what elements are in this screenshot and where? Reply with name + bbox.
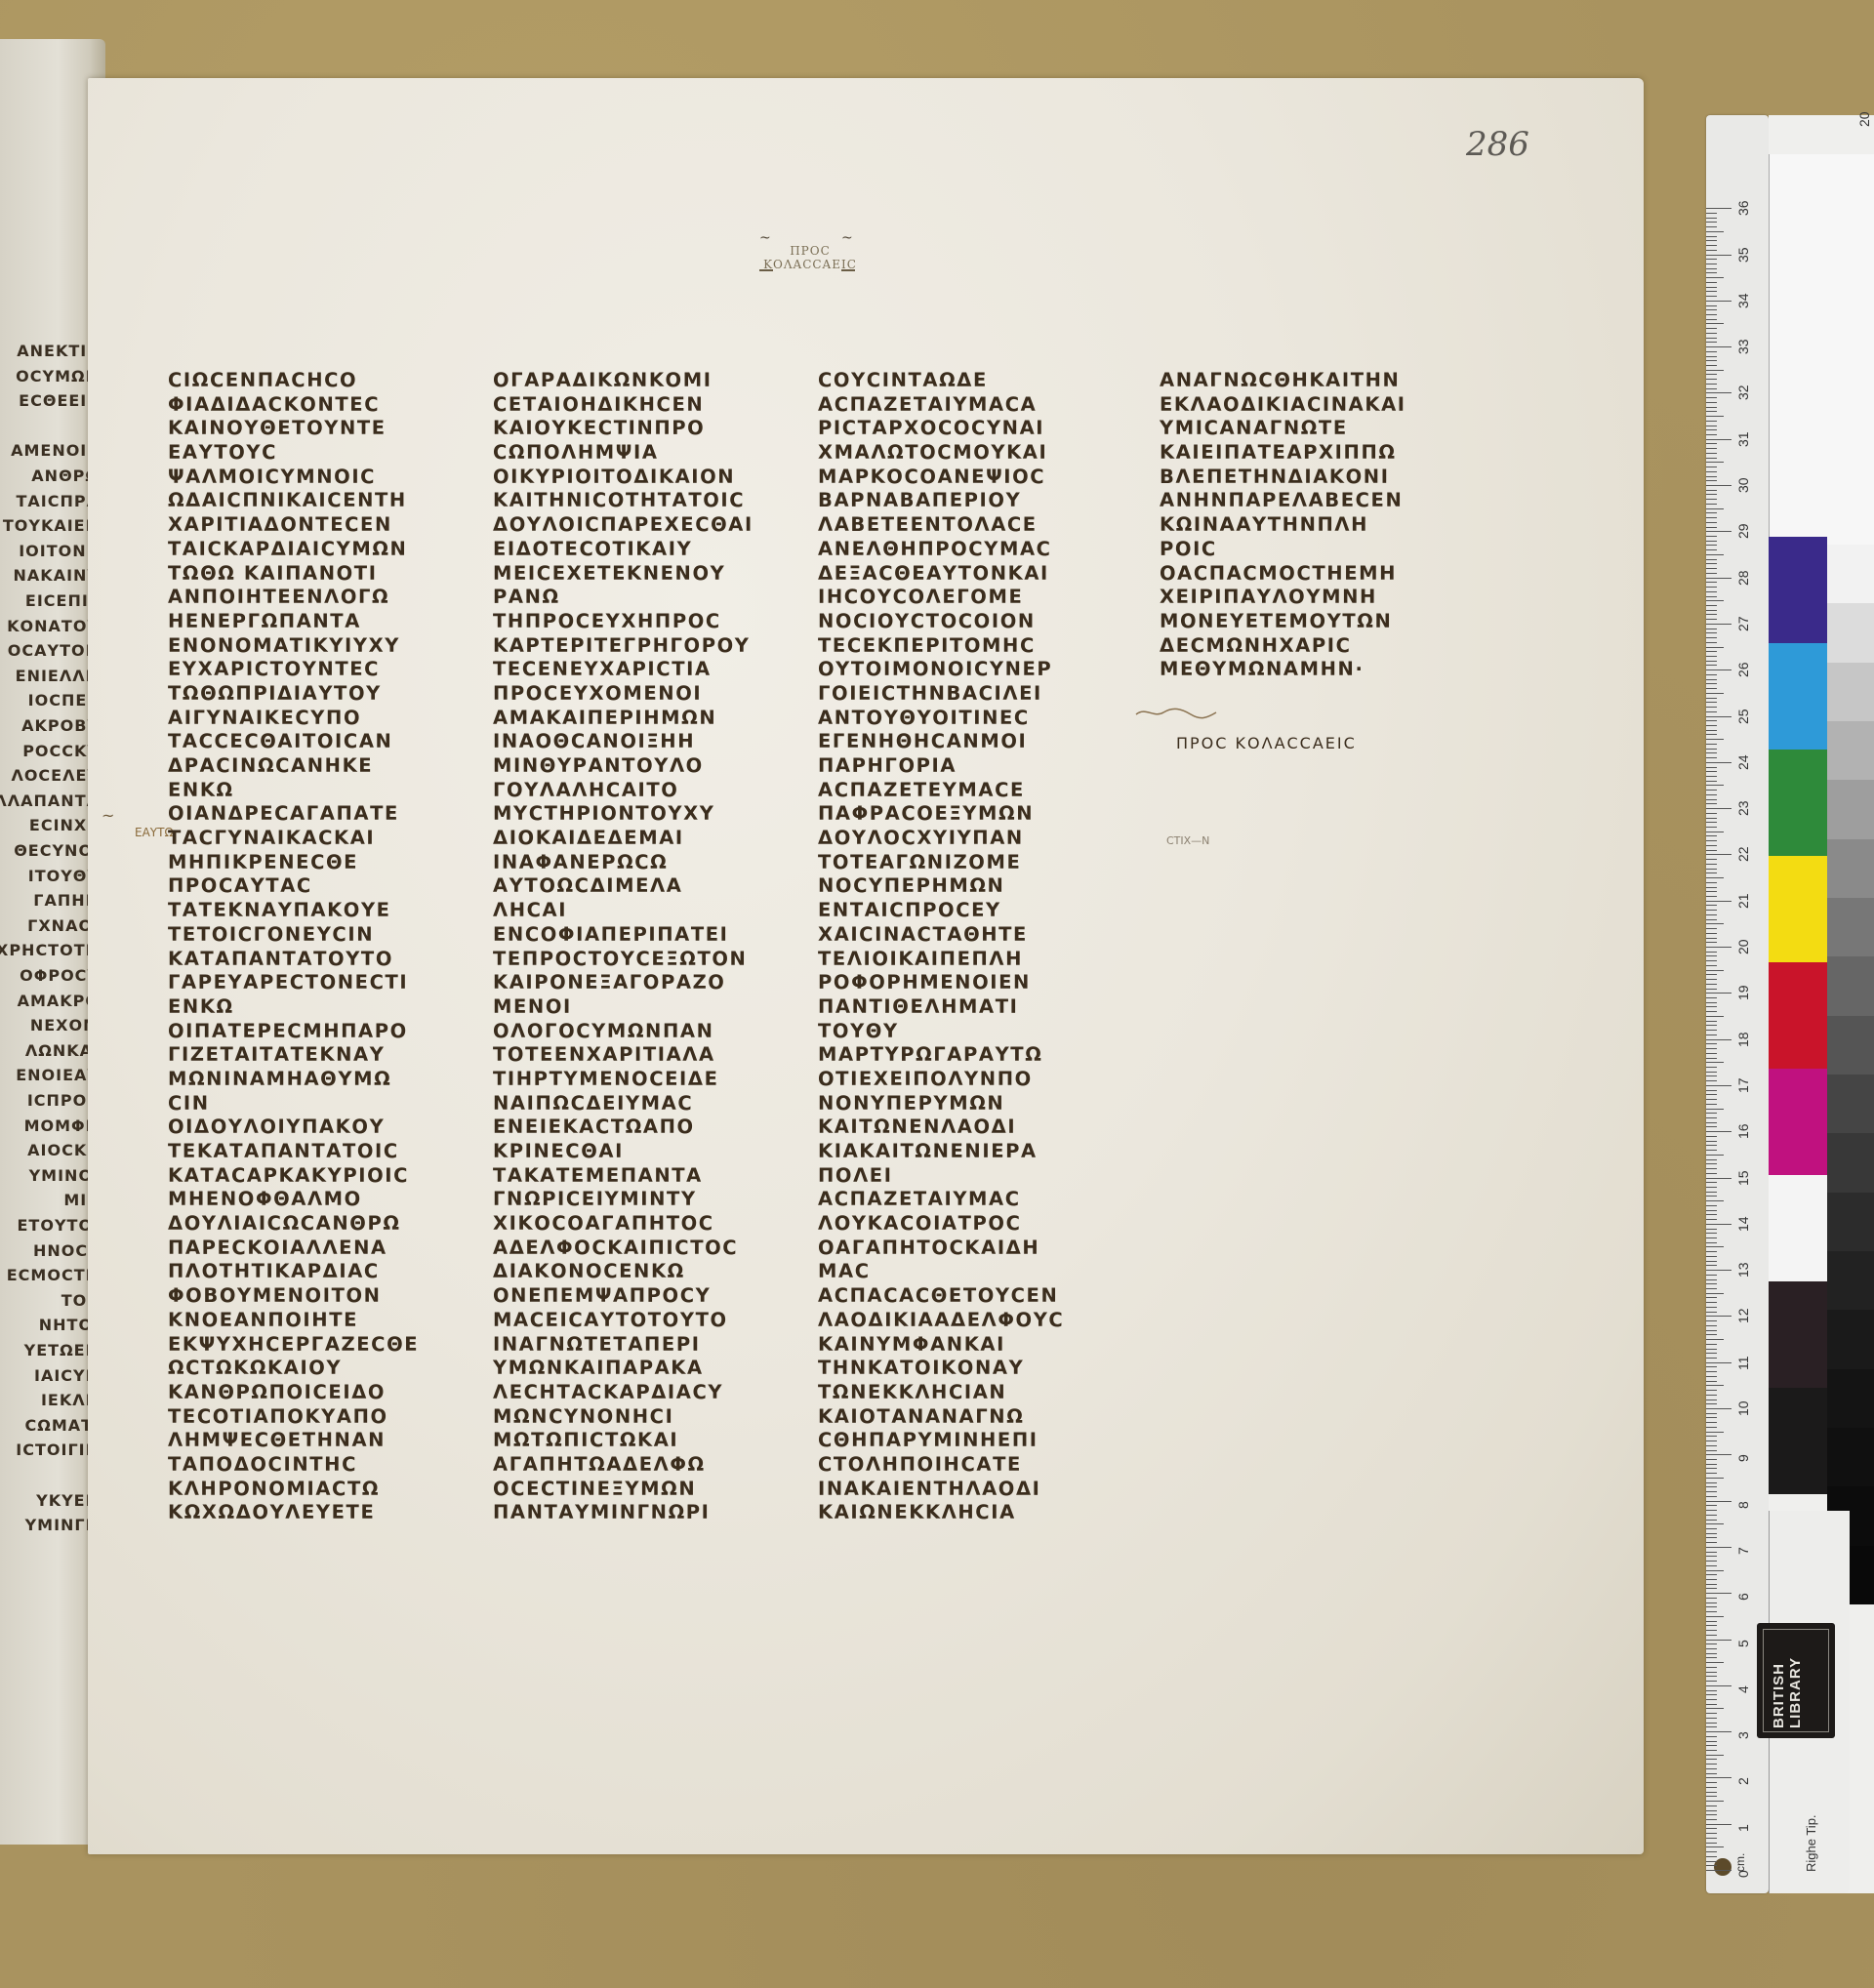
text-line: ΛΟΥΚΑϹΟΙΑΤΡΟϹ xyxy=(818,1212,1064,1237)
ruler-tick xyxy=(1706,1621,1717,1622)
ruler-number: 33 xyxy=(1735,340,1751,355)
ruler-tick xyxy=(1706,1339,1724,1340)
text-line: ΡΙϹΤΑΡΧΟϹΟϹΥΝΑΙ xyxy=(818,417,1064,441)
ruler-tick xyxy=(1706,910,1717,911)
ruler-tick xyxy=(1706,827,1717,828)
ruler-tick xyxy=(1706,711,1717,712)
text-line: ΟΑϹΠΑϹΜΟϹΤΗΕΜΗ xyxy=(1160,562,1406,587)
text-line: ΕΝΚΩ xyxy=(168,779,419,803)
ruler-tick xyxy=(1706,296,1717,297)
ruler-tick xyxy=(1706,1694,1717,1695)
ruler-tick xyxy=(1706,1713,1717,1714)
ruler-tick xyxy=(1706,1787,1717,1788)
ruler-tick xyxy=(1706,1750,1717,1751)
ruler-tick xyxy=(1706,1676,1717,1677)
text-line: ΕΝΕΙΕΚΑϹΤΩΑΠΟ xyxy=(493,1116,754,1140)
ruler-tick xyxy=(1706,1246,1724,1247)
ruler-tick xyxy=(1706,392,1731,393)
ruler-tick xyxy=(1706,845,1717,846)
ruler-tick xyxy=(1706,629,1717,629)
ruler-tick xyxy=(1706,1422,1717,1423)
ruler-tick xyxy=(1706,559,1717,560)
ruler-tick xyxy=(1706,338,1717,339)
ruler-tick xyxy=(1706,1450,1717,1451)
text-column-1: ϹΙΩϹΕΝΠΑϹΗϹΟΦΙΑΔΙΔΑϹΚΟΝΤΕϹΚΑΙΝΟΥΘΕΤΟΥΝΤΕ… xyxy=(168,369,419,1525)
ruler-tick xyxy=(1706,752,1717,753)
ruler-tick xyxy=(1706,250,1717,251)
text-line: ΦΟΒΟΥΜΕΝΟΙΤΟΝ xyxy=(168,1284,419,1309)
ruler-tick xyxy=(1706,790,1717,791)
ruler-tick xyxy=(1706,1667,1717,1668)
ruler-number: 19 xyxy=(1735,986,1751,1001)
text-line: ΕΚΛΑΟΔΙΚΙΑϹΙΝΑΚΑΙ xyxy=(1160,393,1406,418)
text-line: ΨΑΛΜΟΙϹΥΜΝΟΙϹ xyxy=(168,466,419,490)
ruler-tick xyxy=(1706,914,1717,915)
ruler-tick xyxy=(1706,1297,1717,1298)
text-line: ΜΟΝΕΥΕΤΕΜΟΥΤΩΝ xyxy=(1160,610,1406,634)
ruler-tick xyxy=(1706,1270,1731,1271)
ruler-tick xyxy=(1706,1810,1717,1811)
ruler-tick xyxy=(1706,1155,1724,1156)
text-line: ΝΟΝΥΠΕΡΥΜΩΝ xyxy=(818,1092,1064,1116)
text-line: ΟΙΑΝΔΡΕϹΑΓΑΠΑΤΕ xyxy=(168,802,419,827)
ruler-tick xyxy=(1706,923,1724,924)
ruler-tick xyxy=(1706,1168,1717,1169)
ruler-tick xyxy=(1706,794,1717,795)
ruler-tick xyxy=(1706,485,1731,486)
ruler-tick xyxy=(1706,1131,1731,1132)
ruler-tick xyxy=(1706,730,1717,731)
grayscale-step xyxy=(1827,1369,1874,1429)
ruler-tick xyxy=(1706,374,1717,375)
text-line: ΟΤΙΕΧΕΙΠΟΛΥΝΠΟ xyxy=(818,1068,1064,1092)
ruler-number: 20 xyxy=(1735,939,1751,954)
text-line: ΝΑΙΠΩϹΔΕΙΥΜΑϹ xyxy=(493,1092,754,1116)
text-line: ΟΓΑΡΑΔΙΚΩΝΚΟΜΙ xyxy=(493,369,754,393)
ruler-tick xyxy=(1706,1547,1731,1548)
ruler-tick xyxy=(1706,504,1717,505)
text-line: ϹΙΝ xyxy=(168,1092,419,1116)
text-line: ΤΩΝΕΚΚΛΗϹΙΑΝ xyxy=(818,1381,1064,1405)
grayscale-step xyxy=(1827,721,1874,781)
text-line: ΓΟΥΛΑΛΗϹΑΙΤΟ xyxy=(493,779,754,803)
prev-page-line: ΝΑΚΑΙΝΥ xyxy=(14,566,100,585)
text-line: ΤΟΥΘΥ xyxy=(818,1020,1064,1044)
ruler-tick xyxy=(1706,799,1717,800)
ruler-tick xyxy=(1706,272,1717,273)
ruler-tick xyxy=(1706,1838,1717,1839)
ruler-tick xyxy=(1706,255,1731,256)
ruler-tick xyxy=(1706,596,1717,597)
text-line: ΤΩΘΩ ΚΑΙΠΑΝΟΤΙ xyxy=(168,562,419,587)
ruler-number: 13 xyxy=(1735,1263,1751,1278)
ruler-tick xyxy=(1706,757,1717,758)
text-line: ΟΙΚΥΡΙΟΙΤΟΔΙΚΑΙΟΝ xyxy=(493,466,754,490)
ruler-tick xyxy=(1706,1163,1717,1164)
text-line: ΚΑΙΝΟΥΘΕΤΟΥΝΤΕ xyxy=(168,417,419,441)
text-line: ΕΝΤΑΙϹΠΡΟϹΕΥ xyxy=(818,899,1064,923)
grayscale-step xyxy=(1827,1428,1874,1487)
ruler-tick xyxy=(1706,808,1731,809)
ruler-tick xyxy=(1706,942,1717,943)
text-line: ΡΑΝΩ xyxy=(493,586,754,610)
ruler-tick xyxy=(1706,1731,1731,1732)
ruler-tick xyxy=(1706,1828,1717,1829)
ruler-tick xyxy=(1706,1515,1717,1516)
text-line: ΤΟΤΕΑΓΩΝΙΖΟΜΕ xyxy=(818,851,1064,875)
text-line: ΑΓΑΠΗΤΩΑΔΕΛΦΩ xyxy=(493,1453,754,1478)
ruler-tick xyxy=(1706,490,1717,491)
prev-page-line: ΑΜΕΝΟΙϹ xyxy=(11,441,100,460)
ruler-tick xyxy=(1706,1025,1717,1026)
text-line: ϹΤΟΛΗΠΟΙΗϹΑΤΕ xyxy=(818,1453,1064,1478)
ruler-tick xyxy=(1706,370,1724,371)
ruler-tick xyxy=(1706,1117,1717,1118)
grayscale-step xyxy=(1827,1075,1874,1134)
color-swatch-blue-violet xyxy=(1769,537,1827,643)
text-line: ΚΑΙΟΤΑΝΑΝΑΓΝΩ xyxy=(818,1405,1064,1430)
text-line: ΚΑΡΤΕΡΙΤΕΓΡΗΓΟΡΟΥ xyxy=(493,634,754,659)
ruler-tick xyxy=(1706,536,1717,537)
ruler-tick xyxy=(1706,259,1717,260)
ruler-tick xyxy=(1706,679,1717,680)
ruler-tick xyxy=(1706,1395,1717,1396)
text-line: ΛΑΒΕΤΕΕΝΤΟΛΑϹΕ xyxy=(818,513,1064,538)
ruler-tick xyxy=(1706,776,1717,777)
text-line: ΜΗΠΙΚΡΕΝΕϹΘΕ xyxy=(168,851,419,875)
ruler-tick xyxy=(1706,1293,1724,1294)
text-line: ΜΩΝΙΝΑΜΗΑΘΥΜΩ xyxy=(168,1068,419,1092)
text-line: ΓΙΖΕΤΑΙΤΑΤΕΚΝΑΥ xyxy=(168,1043,419,1068)
ruler-tick xyxy=(1706,600,1724,601)
text-line: ΤΕΛΙΟΙΚΑΙΠΕΠΛΗ xyxy=(818,948,1064,972)
prev-page-line: ΑΛΛΑΠΑΝΤΑ xyxy=(0,791,100,810)
secondary-scale-label: Righe Tip. xyxy=(1804,1814,1818,1872)
institution-label-line2: LIBRARY xyxy=(1787,1657,1804,1728)
text-column-2: ΟΓΑΡΑΔΙΚΩΝΚΟΜΙϹΕΤΑΙΟΗΔΙΚΗϹΕΝΚΑΙΟΥΚΕϹΤΙΝΠ… xyxy=(493,369,754,1525)
ruler-tick xyxy=(1706,1833,1717,1834)
ruler-number: 25 xyxy=(1735,709,1751,724)
ruler-tick xyxy=(1706,1801,1724,1802)
text-line: ΚΝΟΕΑΝΠΟΙΗΤΕ xyxy=(168,1309,419,1333)
text-line: ΑΔΕΛΦΟϹΚΑΙΠΙϹΤΟϹ xyxy=(493,1237,754,1261)
ruler-tick xyxy=(1706,291,1717,292)
margin-tilde-mark: ~ xyxy=(102,806,114,825)
text-line: ΜΑΡΚΟϹΟΑΝΕΨΙΟϹ xyxy=(818,466,1064,490)
ruler-tick xyxy=(1706,1048,1717,1049)
ruler-tick xyxy=(1706,1366,1717,1367)
ruler-tick xyxy=(1706,1090,1717,1091)
ruler-tick xyxy=(1706,651,1717,652)
running-title-dash-right xyxy=(841,269,855,271)
ruler-tick xyxy=(1706,762,1731,763)
ruler-tick xyxy=(1706,1233,1717,1234)
running-title-text: ΠΡΟϹ ΚΟΛΑϹϹΑΕΙϹ xyxy=(763,244,857,271)
ruler-tick xyxy=(1706,1570,1724,1571)
ruler-tick xyxy=(1706,1565,1717,1566)
coronis-ornament xyxy=(1134,705,1218,720)
ruler-number: 0 xyxy=(1735,1870,1751,1878)
ruler-number: 5 xyxy=(1735,1640,1751,1647)
color-swatch-cyan xyxy=(1769,643,1827,750)
ruler-tick xyxy=(1706,835,1717,836)
ruler-tick xyxy=(1706,591,1717,592)
ruler-tick xyxy=(1706,1510,1717,1511)
ruler-tick xyxy=(1706,517,1717,518)
text-line: ΚΑΙΤΗΝΙϹΟΤΗΤΑΤΟΙϹ xyxy=(493,489,754,513)
text-line: ΠΑΡΕϹΚΟΙΑΛΛΕΝΑ xyxy=(168,1237,419,1261)
ruler-tick xyxy=(1706,1805,1717,1806)
ruler-tick xyxy=(1706,277,1724,278)
prev-page-line: ΟϹΑΥΤΟΝ xyxy=(8,641,100,660)
ruler-tick xyxy=(1706,1745,1717,1746)
text-line: ΔΕϹΜΩΝΗΧΑΡΙϹ xyxy=(1160,634,1406,659)
ruler-tick xyxy=(1706,1145,1717,1146)
text-line: ΑΜΑΚΑΙΠΕΡΙΗΜΩΝ xyxy=(493,707,754,731)
ruler-tick xyxy=(1706,1468,1717,1469)
text-line: ΜΙΝΘΥΡΑΝΤΟΥΛΟ xyxy=(493,754,754,779)
text-line: ΩϹΤΩΚΩΚΑΙΟΥ xyxy=(168,1357,419,1381)
ruler-tick xyxy=(1706,1021,1717,1022)
text-line: ΜΑϹΕΙϹΑΥΤΟΤΟΥΤΟ xyxy=(493,1309,754,1333)
ruler-tick xyxy=(1706,1058,1717,1059)
text-line: ΑΝΑΓΝΩϹΘΗΚΑΙΤΗΝ xyxy=(1160,369,1406,393)
text-column-4: ΑΝΑΓΝΩϹΘΗΚΑΙΤΗΝΕΚΛΑΟΔΙΚΙΑϹΙΝΑΚΑΙΥΜΙϹΑΝΑΓ… xyxy=(1160,369,1406,682)
ruler-tick xyxy=(1706,213,1717,214)
ruler-tick xyxy=(1706,208,1731,209)
text-line: ΜΕΘΥΜΩΝΑΜΗΝ· xyxy=(1160,658,1406,682)
text-line: ΚΡΙΝΕϹΘΑΙ xyxy=(493,1140,754,1164)
ruler-tick xyxy=(1706,669,1731,670)
ruler-tick xyxy=(1706,832,1724,832)
text-line: ΑϹΠΑϹΑϹΘΕΤΟΥϹΕΝ xyxy=(818,1284,1064,1309)
ruler-tick xyxy=(1706,970,1724,971)
ruler-tick xyxy=(1706,1141,1717,1142)
ruler-tick xyxy=(1706,1371,1717,1372)
ruler-tick xyxy=(1706,282,1717,283)
ruler-number: 15 xyxy=(1735,1170,1751,1186)
ruler-tick xyxy=(1706,1819,1717,1820)
text-line: ϹΩΠΟΛΗΜΨΙΑ xyxy=(493,441,754,466)
ruler-tick xyxy=(1706,1482,1717,1483)
running-title-mark-left: ~ xyxy=(759,230,772,246)
ruler-tick xyxy=(1706,781,1717,782)
ruler-tick xyxy=(1706,1584,1717,1585)
text-line: ΤΩΘΩΠΡΙΔΙΑΥΤΟΥ xyxy=(168,682,419,707)
ruler-tick xyxy=(1706,1653,1717,1654)
ruler-tick xyxy=(1706,1520,1717,1521)
ruler-number: 12 xyxy=(1735,1309,1751,1324)
folio-number: 286 xyxy=(1466,125,1529,164)
ruler-tick xyxy=(1706,614,1717,615)
ruler-tick xyxy=(1706,1011,1717,1012)
text-line: ΑΝΗΝΠΑΡΕΛΑΒΕϹΕΝ xyxy=(1160,489,1406,513)
ruler-tick xyxy=(1706,342,1717,343)
ruler-tick xyxy=(1706,887,1717,888)
ruler-tick xyxy=(1706,1265,1717,1266)
text-line: ΠΑΦΡΑϹΟΕΞΥΜΩΝ xyxy=(818,802,1064,827)
ruler-tick xyxy=(1706,1400,1717,1400)
ruler-tick xyxy=(1706,1002,1717,1003)
ruler-tick xyxy=(1706,739,1724,740)
grayscale-step xyxy=(1827,780,1874,839)
ruler-tick xyxy=(1706,1390,1717,1391)
text-line: ΚΑΙΟΥΚΕϹΤΙΝΠΡΟ xyxy=(493,417,754,441)
ruler-tick xyxy=(1706,1464,1717,1465)
text-line: ΤΑϹϹΕϹΘΑΙΤΟΙϹΑΝ xyxy=(168,730,419,754)
ruler-tick xyxy=(1706,1454,1731,1455)
text-line: ΚΙΑΚΑΙΤΩΝΕΝΙΕΡΑ xyxy=(818,1140,1064,1164)
ruler-tick xyxy=(1706,1104,1717,1105)
text-line: ΤΗΝΚΑΤΟΙΚΟΝΑΥ xyxy=(818,1357,1064,1381)
ruler-tick xyxy=(1706,578,1731,579)
text-line: ΤΕϹΟΤΙΑΠΟΚΥΑΠΟ xyxy=(168,1405,419,1430)
ruler-tick xyxy=(1706,610,1717,611)
text-line: ΚΑΙΤΩΝΕΝΛΑΟΔΙ xyxy=(818,1116,1064,1140)
ruler-tick xyxy=(1706,218,1717,219)
ruler-tick xyxy=(1706,1006,1717,1007)
ruler-tick xyxy=(1706,1237,1717,1238)
text-line: ΛΕϹΗΤΑϹΚΑΡΔΙΑϹΥ xyxy=(493,1381,754,1405)
ruler-tick xyxy=(1706,1224,1731,1225)
ruler-tick xyxy=(1706,693,1724,694)
institution-label: BRITISH LIBRARY xyxy=(1757,1623,1835,1738)
text-line: ΠΑΝΤΑΥΜΙΝΓΝΩΡΙ xyxy=(493,1501,754,1525)
text-line: ΟϹΕϹΤΙΝΕΞΥΜΩΝ xyxy=(493,1478,754,1502)
text-line: ΤΑΠΟΔΟϹΙΝΤΗϹ xyxy=(168,1453,419,1478)
ruler-tick xyxy=(1706,1072,1717,1073)
ruler-tick xyxy=(1706,1606,1717,1607)
ruler-number: 23 xyxy=(1735,801,1751,817)
text-line: ΑϹΠΑΖΕΤΑΙΥΜΑϹΑ xyxy=(818,393,1064,418)
ruler-tick xyxy=(1706,365,1717,366)
ruler-tick xyxy=(1706,1870,1731,1871)
text-line: ϹΘΗΠΑΡΥΜΙΝΗΕΠΙ xyxy=(818,1429,1064,1453)
ruler-tick xyxy=(1706,1643,1717,1644)
ruler-number: 35 xyxy=(1735,247,1751,263)
ruler-tick xyxy=(1706,642,1717,643)
text-line: ΤΑΤΕΚΝΑΥΠΑΚΟΥΕ xyxy=(168,899,419,923)
ruler-tick xyxy=(1706,683,1717,684)
text-line: ΑΝΤΟΥΘΥΟΙΤΙΝΕϹ xyxy=(818,707,1064,731)
text-line: ΜΗΕΝΟΦΘΑΛΜΟ xyxy=(168,1188,419,1212)
text-column-3: ϹΟΥϹΙΝΤΑΩΔΕΑϹΠΑΖΕΤΑΙΥΜΑϹΑΡΙϹΤΑΡΧΟϹΟϹΥΝΑΙ… xyxy=(818,369,1064,1525)
ruler-tick xyxy=(1706,1219,1717,1220)
ruler-tick xyxy=(1706,1358,1717,1359)
text-line: ΒΑΡΝΑΒΑΠΕΡΙΟΥ xyxy=(818,489,1064,513)
ruler-number: 26 xyxy=(1735,663,1751,678)
ruler-tick xyxy=(1706,1528,1717,1529)
ruler-tick xyxy=(1706,785,1724,786)
text-line: ΚΛΗΡΟΝΟΜΙΑϹΤΩ xyxy=(168,1478,419,1502)
ruler-number: 21 xyxy=(1735,893,1751,909)
text-line: ΚΑΙΡΟΝΕΞΑΓΟΡΑΖΟ xyxy=(493,971,754,995)
text-line: ΙΝΑΟΘϹΑΝΟΙΞΗΗ xyxy=(493,730,754,754)
ruler-number: 31 xyxy=(1735,431,1751,447)
ruler-tick xyxy=(1706,1030,1717,1031)
ruler-tick xyxy=(1706,264,1717,264)
ruler-tick xyxy=(1706,1773,1717,1774)
ruler-tick xyxy=(1706,1478,1724,1479)
ruler-tick xyxy=(1706,1075,1717,1076)
ruler-tick xyxy=(1706,554,1724,555)
ruler-tick xyxy=(1706,245,1717,246)
text-line: ΥΜΙϹΑΝΑΓΝΩΤΕ xyxy=(1160,417,1406,441)
ruler-number: 3 xyxy=(1735,1731,1751,1739)
ruler-tick xyxy=(1706,955,1717,956)
ruler-tick xyxy=(1706,1080,1717,1081)
ruler-tick xyxy=(1706,734,1717,735)
ruler-tick xyxy=(1706,426,1717,426)
ruler-tick xyxy=(1706,938,1717,939)
ruler-tick xyxy=(1706,384,1717,385)
text-line: ΑΝΠΟΙΗΤΕΕΝΛΟΓΩ xyxy=(168,586,419,610)
ruler-tick xyxy=(1706,1325,1717,1326)
ruler-tick xyxy=(1706,952,1717,953)
ruler-tick xyxy=(1706,301,1731,302)
text-line: ΦΙΑΔΙΔΑϹΚΟΝΤΕϹ xyxy=(168,393,419,418)
ruler-tick xyxy=(1706,707,1717,708)
ruler-number: 22 xyxy=(1735,847,1751,863)
text-line: ΠΑΡΗΓΟΡΙΑ xyxy=(818,754,1064,779)
text-line: ΧΜΑΛΩΤΟϹΜΟΥΚΑΙ xyxy=(818,441,1064,466)
ruler-tick xyxy=(1706,1200,1724,1201)
text-line: ΑϹΠΑΖΕΤΑΙΥΜΑϹ xyxy=(818,1188,1064,1212)
ruler-tick xyxy=(1706,859,1717,860)
ruler-tick xyxy=(1706,840,1717,841)
ruler-tick xyxy=(1706,1672,1717,1673)
ruler-tick xyxy=(1706,656,1717,657)
ruler-number: 6 xyxy=(1735,1593,1751,1601)
text-line: ΕΓΕΝΗΘΗϹΑΝΜΟΙ xyxy=(818,730,1064,754)
ruler-tick xyxy=(1706,1533,1717,1534)
text-line: ΠΡΟϹΕΥΧΟΜΕΝΟΙ xyxy=(493,682,754,707)
ruler-tick xyxy=(1706,573,1717,574)
text-line: ΔΙΑΚΟΝΟϹΕΝΚΩ xyxy=(493,1260,754,1284)
grayscale-step xyxy=(1827,1310,1874,1369)
ruler-tick xyxy=(1706,1261,1717,1262)
ruler-number: 24 xyxy=(1735,754,1751,770)
text-line: ΓΑΡΕΥΑΡΕϹΤΟΝΕϹΤΙ xyxy=(168,971,419,995)
text-line: ΚΑΤΑΠΑΝΤΑΤΟΥΤΟ xyxy=(168,948,419,972)
ruler-tick xyxy=(1706,1824,1731,1825)
ruler-tick xyxy=(1706,1843,1717,1844)
ruler-tick xyxy=(1706,1039,1731,1040)
ruler-tick xyxy=(1706,1214,1717,1215)
ruler-tick xyxy=(1706,989,1717,990)
ruler-number: 11 xyxy=(1735,1356,1751,1370)
ruler-tick xyxy=(1706,702,1717,703)
text-line: ΑΙΓΥΝΑΙΚΕϹΥΠΟ xyxy=(168,707,419,731)
ruler-number: 4 xyxy=(1735,1685,1751,1693)
ruler-tick xyxy=(1706,1113,1717,1114)
text-line: ΑΝΕΛΘΗΠΡΟϹΥΜΑϹ xyxy=(818,538,1064,562)
ruler-tick xyxy=(1706,850,1717,851)
text-line: ΜΑϹ xyxy=(818,1260,1064,1284)
ruler-tick xyxy=(1706,1865,1717,1866)
ruler-tick xyxy=(1706,891,1717,892)
ruler-tick xyxy=(1706,1755,1724,1756)
text-line: ΒΛΕΠΕΤΗΝΔΙΑΚΟΝΙ xyxy=(1160,466,1406,490)
ruler-number: 29 xyxy=(1735,524,1751,540)
ruler-tick xyxy=(1706,1362,1731,1363)
ruler-tick xyxy=(1706,1681,1717,1682)
ruler-tick xyxy=(1706,919,1717,920)
grayscale-step xyxy=(1827,1133,1874,1193)
color-swatch-yellow xyxy=(1769,856,1827,962)
text-line: ΔΡΑϹΙΝΩϹΑΝΗΚΕ xyxy=(168,754,419,779)
ruler-tick xyxy=(1706,1136,1717,1137)
